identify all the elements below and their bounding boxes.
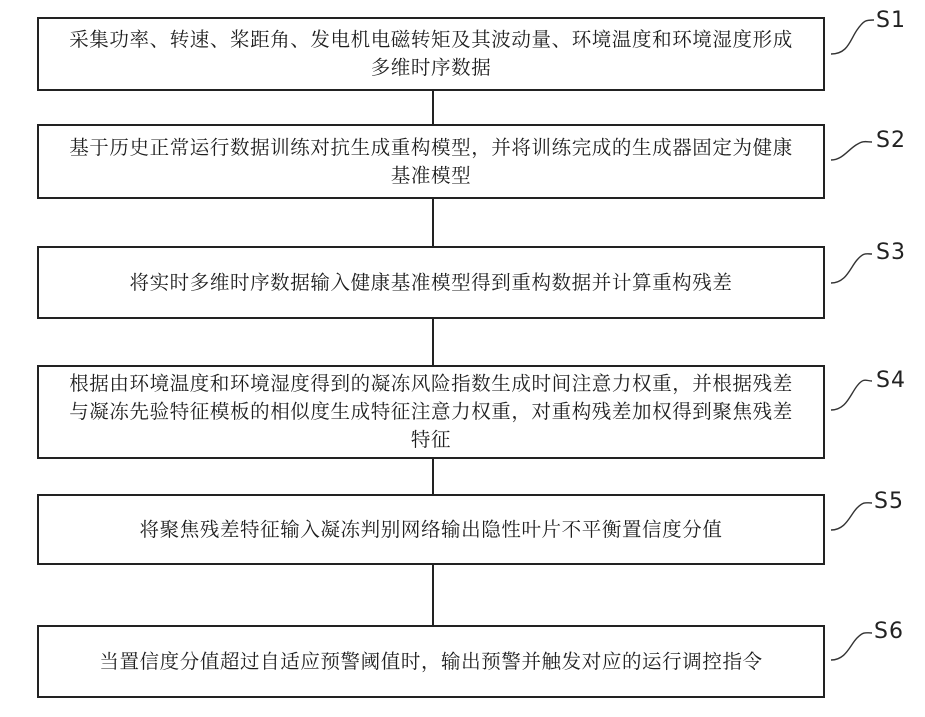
step-text-s6: 当置信度分值超过自适应预警阈值时，输出预警并触发对应的运行调控指令: [61, 648, 801, 676]
step-box-s4: 根据由环境温度和环境湿度得到的凝冻风险指数生成时间注意力权重，并根据残差与凝冻先…: [37, 365, 825, 459]
step-label-s5: S5: [874, 489, 904, 514]
leader-curve-s1: [831, 20, 874, 54]
step-text-s3: 将实时多维时序数据输入健康基准模型得到重构数据并计算重构残差: [61, 269, 801, 297]
step-text-s2: 基于历史正常运行数据训练对抗生成重构模型，并将训练完成的生成器固定为健康基准模型: [64, 134, 799, 190]
connector-s4-s5: [432, 458, 434, 494]
step-label-s1: S1: [876, 8, 906, 33]
step-label-s2: S2: [876, 128, 906, 153]
flowchart-diagram: 采集功率、转速、桨距角、发电机电磁转矩及其波动量、环境温度和环境湿度形成多维时序…: [0, 0, 925, 717]
step-label-s4: S4: [876, 368, 906, 393]
leader-curve-s4: [831, 380, 872, 410]
step-label-s6: S6: [874, 619, 904, 644]
step-text-s4: 根据由环境温度和环境湿度得到的凝冻风险指数生成时间注意力权重，并根据残差与凝冻先…: [61, 370, 801, 454]
step-box-s1: 采集功率、转速、桨距角、发电机电磁转矩及其波动量、环境温度和环境湿度形成多维时序…: [37, 17, 825, 91]
leader-curve-s5: [831, 503, 872, 530]
step-box-s5: 将聚焦残差特征输入凝冻判别网络输出隐性叶片不平衡置信度分值: [37, 494, 825, 565]
step-box-s6: 当置信度分值超过自适应预警阈值时，输出预警并触发对应的运行调控指令: [37, 625, 825, 698]
connector-s2-s3: [432, 198, 434, 246]
leader-curve-s2: [831, 142, 872, 160]
connector-s1-s2: [432, 90, 434, 124]
step-text-s1: 采集功率、转速、桨距角、发电机电磁转矩及其波动量、环境温度和环境湿度形成多维时序…: [66, 26, 796, 82]
step-text-s5: 将聚焦残差特征输入凝冻判别网络输出隐性叶片不平衡置信度分值: [61, 516, 801, 544]
leader-lines: [0, 0, 925, 717]
step-box-s2: 基于历史正常运行数据训练对抗生成重构模型，并将训练完成的生成器固定为健康基准模型: [37, 124, 825, 199]
step-label-s3: S3: [876, 240, 906, 265]
step-box-s3: 将实时多维时序数据输入健康基准模型得到重构数据并计算重构残差: [37, 246, 825, 319]
leader-curve-s3: [831, 254, 872, 283]
leader-curve-s6: [831, 633, 872, 660]
connector-s5-s6: [432, 564, 434, 625]
connector-s3-s4: [432, 318, 434, 365]
